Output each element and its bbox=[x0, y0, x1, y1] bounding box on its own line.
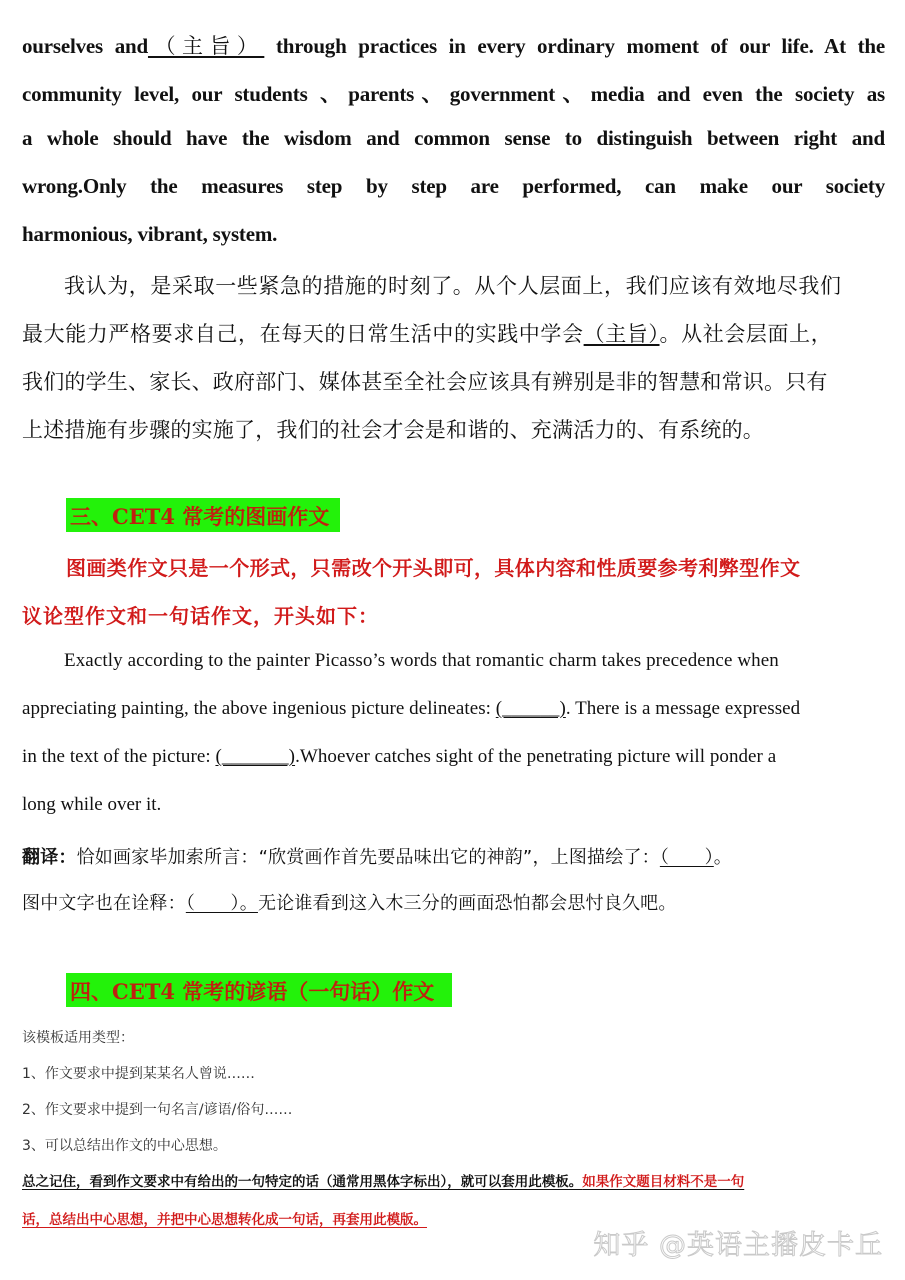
translation-line: 翻译：恰如画家毕加索所言：“欣赏画作首先要品味出它的神韵”，上图描绘了：（ ）。 bbox=[22, 843, 885, 869]
document-page: ourselves and（主旨） through practices in e… bbox=[0, 0, 905, 1280]
text-fragment: 最大能力严格要求自己，在每天的日常生活中的实践中学会 bbox=[22, 322, 584, 346]
text-fragment: 。从社会层面上， bbox=[660, 322, 833, 346]
note-black-text: 总之记住，看到作文要求中有给出的一句特定的话（通常用黑体字标出），就可以套用此模… bbox=[22, 1174, 582, 1190]
applicable-types-label: 该模板适用类型： bbox=[22, 1027, 885, 1047]
text-fragment: through practices in every ordinary mome… bbox=[264, 34, 885, 58]
text-fragment: 无论谁看到这入木三分的画面恐怕都会思忖良久吧。 bbox=[258, 893, 677, 914]
applicable-type-item: 3、可以总结出作文的中心思想。 bbox=[22, 1135, 885, 1155]
blank-theme: （主旨） bbox=[148, 34, 264, 58]
blank-cn-text: （ ）。 bbox=[186, 893, 258, 914]
cn-paragraph-line: 最大能力严格要求自己，在每天的日常生活中的实践中学会（主旨）。从社会层面上， bbox=[22, 318, 885, 348]
text-fragment: 。 bbox=[714, 847, 732, 868]
cn-paragraph-line: 上述措施有步骤的实施了，我们的社会才会是和谐的、充满活力的、有系统的。 bbox=[22, 414, 885, 444]
en-paragraph-line: harmonious, vibrant, system. bbox=[22, 222, 885, 247]
usage-note-line: 总之记住，看到作文要求中有给出的一句特定的话（通常用黑体字标出），就可以套用此模… bbox=[22, 1170, 885, 1190]
section-heading-proverb-essay: 四、CET4 常考的谚语（一句话）作文 bbox=[66, 973, 452, 1007]
section-intro-line: 议论型作文和一句话作文，开头如下： bbox=[22, 600, 885, 629]
applicable-type-item: 2、作文要求中提到一句名言/谚语/俗句…… bbox=[22, 1099, 885, 1119]
text-fragment: 恰如画家毕加索所言：“欣赏画作首先要品味出它的神韵”，上图描绘了： bbox=[77, 847, 660, 868]
applicable-type-item: 1、作文要求中提到某某名人曾说…… bbox=[22, 1063, 885, 1083]
text-fragment: . There is a message expressed bbox=[566, 698, 800, 719]
en-paragraph-line: a whole should have the wisdom and commo… bbox=[22, 126, 885, 151]
section-intro-line: 图画类作文只是一个形式，只需改个开头即可，具体内容和性质要参考利弊型作文 bbox=[66, 552, 885, 581]
en-paragraph-line: community level, our students 、parents、g… bbox=[22, 78, 885, 108]
blank-theme: （主旨） bbox=[584, 322, 660, 346]
watermark: 知乎 @英语主播皮卡丘 bbox=[593, 1223, 883, 1262]
en-paragraph-line: ourselves and（主旨） through practices in e… bbox=[22, 30, 885, 60]
text-fragment: 图中文字也在诠释： bbox=[22, 893, 186, 914]
blank-cn-picture: （ ） bbox=[660, 847, 714, 868]
translation-line: 图中文字也在诠释：（ ）。无论谁看到这入木三分的画面恐怕都会思忖良久吧。 bbox=[22, 889, 885, 915]
section-heading-picture-essay: 三、CET4 常考的图画作文 bbox=[66, 498, 340, 532]
template-line: Exactly according to the painter Picasso… bbox=[64, 650, 885, 672]
en-paragraph-line: wrong.Only the measures step by step are… bbox=[22, 174, 885, 199]
template-line: in the text of the picture: (_______).Wh… bbox=[22, 746, 885, 768]
template-line: appreciating painting, the above ingenio… bbox=[22, 698, 885, 720]
note-red-text: 如果作文题目材料不是一句 bbox=[582, 1174, 744, 1190]
text-fragment: .Whoever catches sight of the penetratin… bbox=[295, 746, 776, 767]
cn-paragraph-line: 我们的学生、家长、政府部门、媒体甚至全社会应该具有辨别是非的智慧和常识。只有 bbox=[22, 366, 885, 396]
text-fragment: appreciating painting, the above ingenio… bbox=[22, 698, 496, 719]
blank-picture-content: (______) bbox=[496, 698, 566, 719]
text-fragment: ourselves and bbox=[22, 34, 148, 58]
template-line: long while over it. bbox=[22, 794, 885, 816]
text-fragment: in the text of the picture: bbox=[22, 746, 215, 767]
cn-paragraph-line: 我认为，是采取一些紧急的措施的时刻了。从个人层面上，我们应该有效地尽我们 bbox=[64, 270, 885, 300]
blank-picture-text: (_______) bbox=[215, 746, 295, 767]
translation-label: 翻译： bbox=[22, 847, 77, 868]
